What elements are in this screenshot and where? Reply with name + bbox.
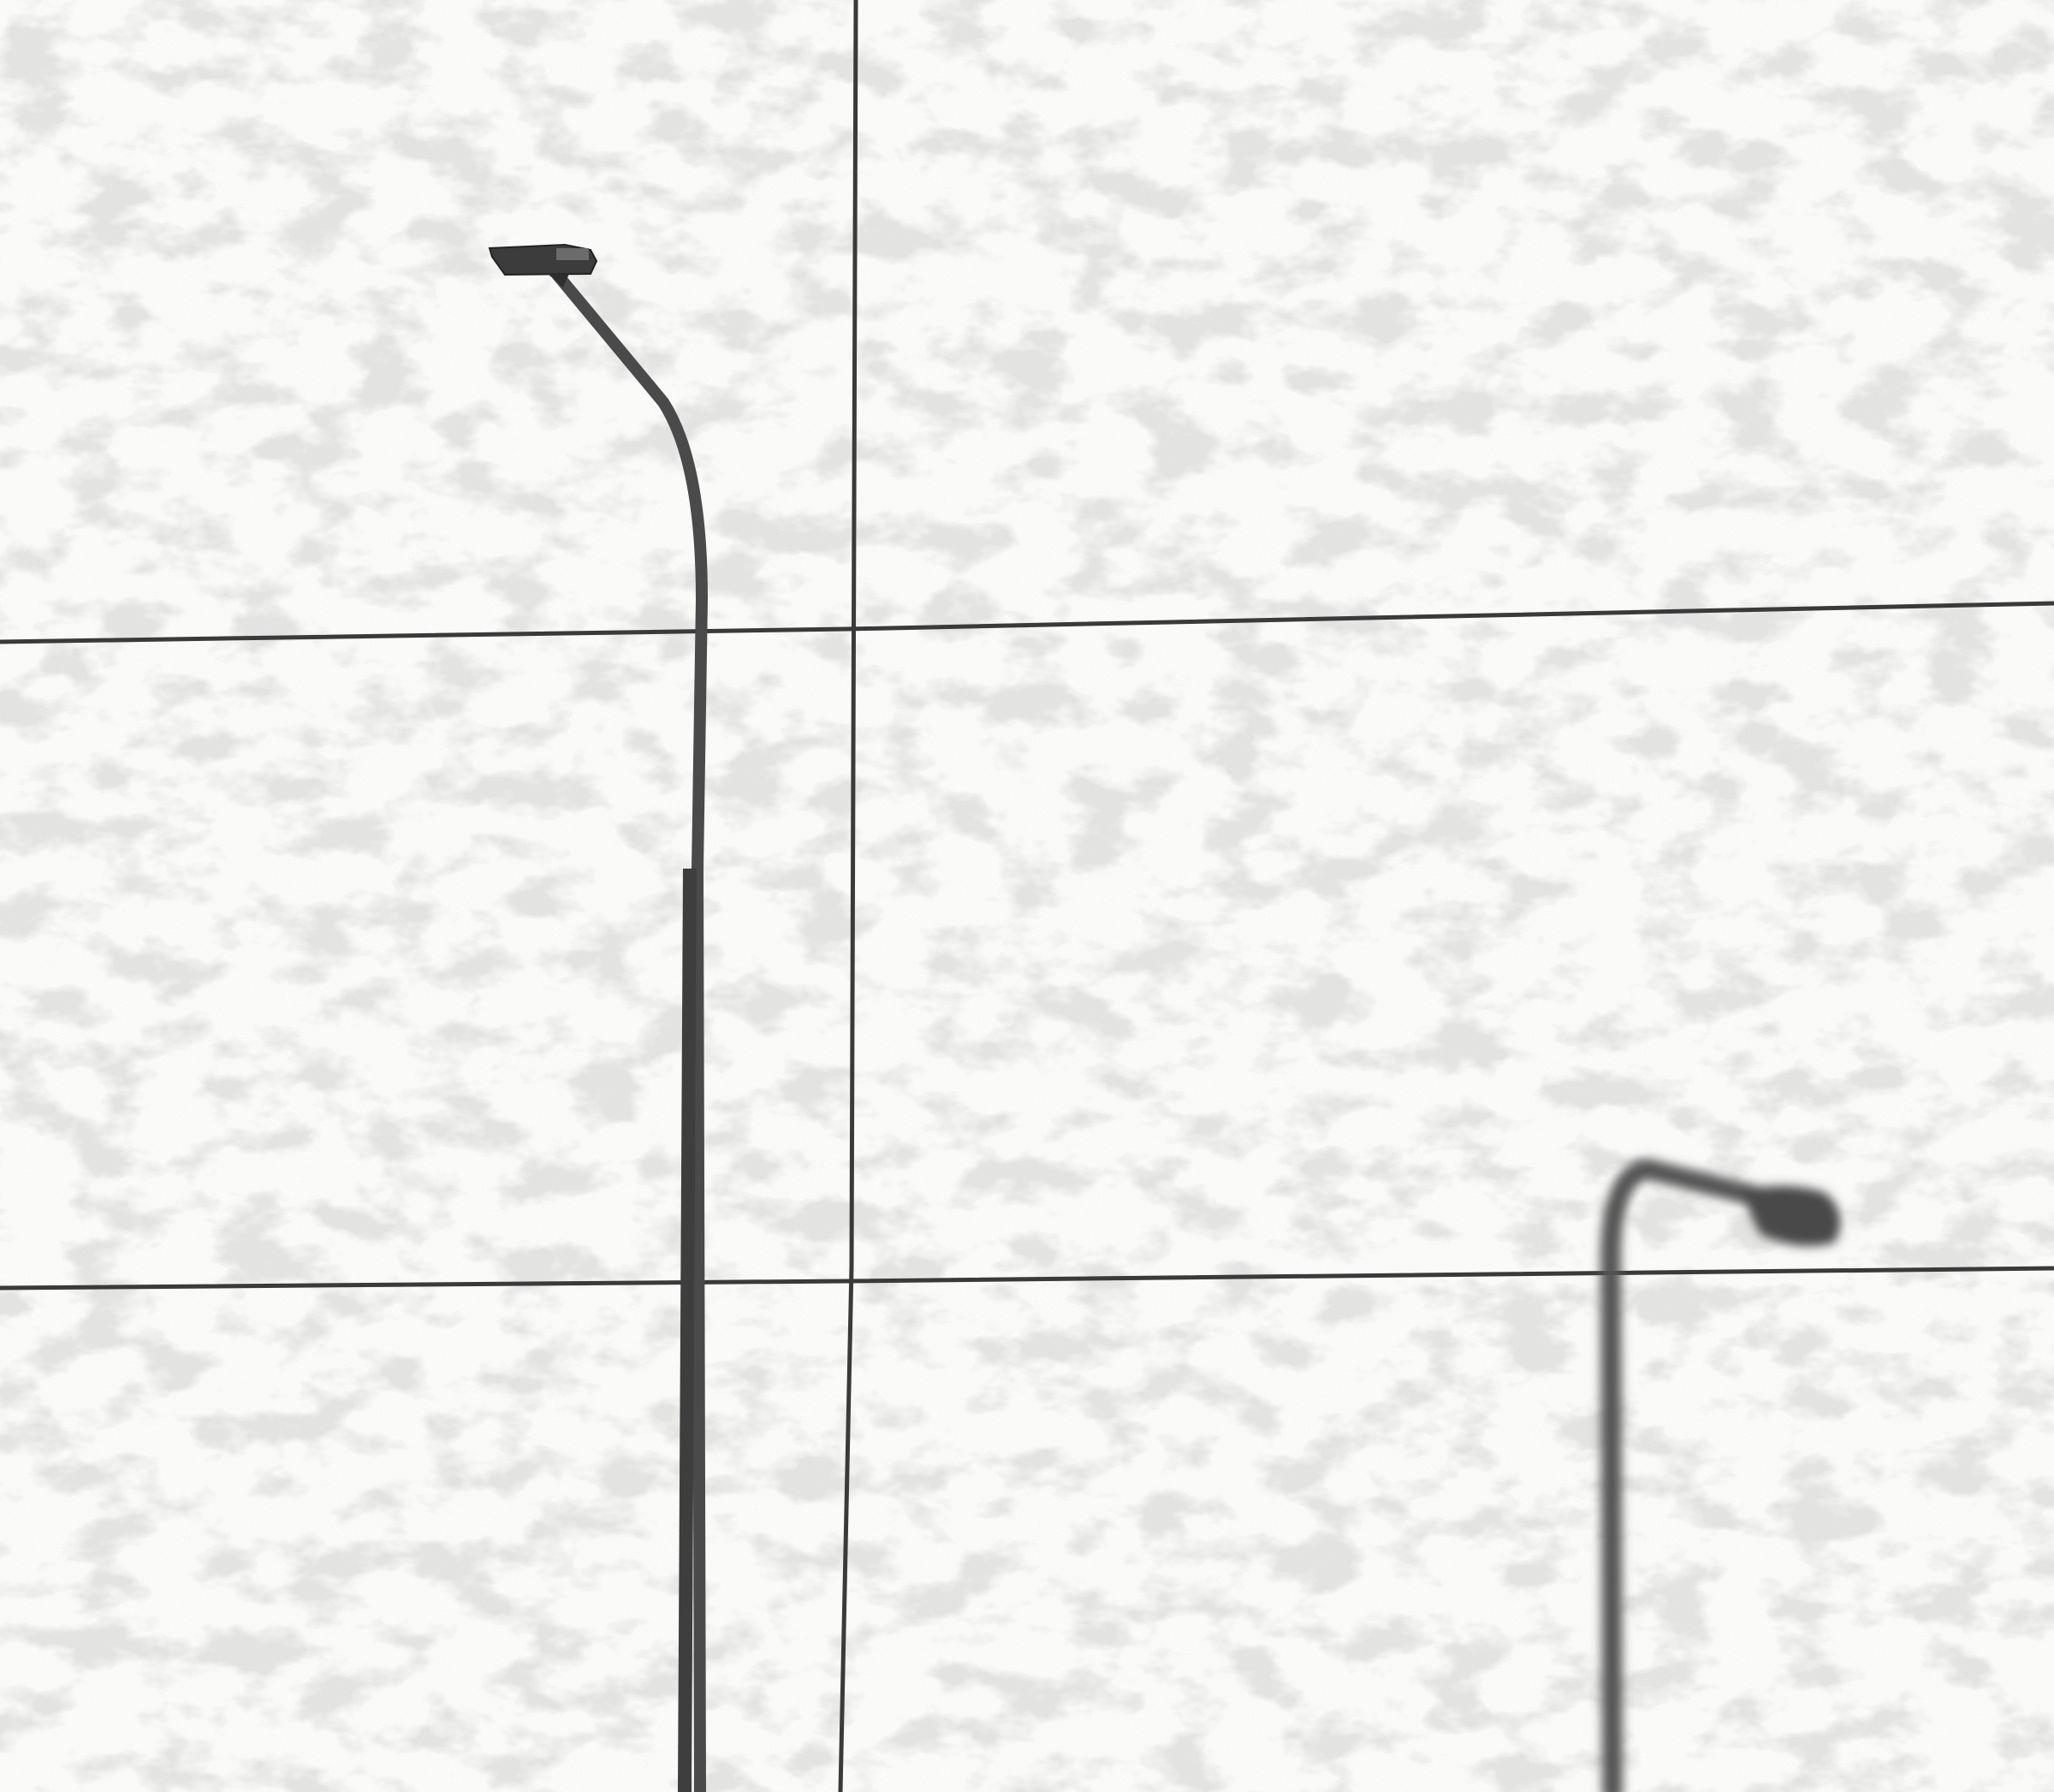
concrete-grain [0,0,2054,1792]
lamp-pole-lower [685,869,690,1792]
lamp-head-highlight [556,248,589,260]
photo: High-contrast black-and-white photograph… [0,0,2054,1792]
